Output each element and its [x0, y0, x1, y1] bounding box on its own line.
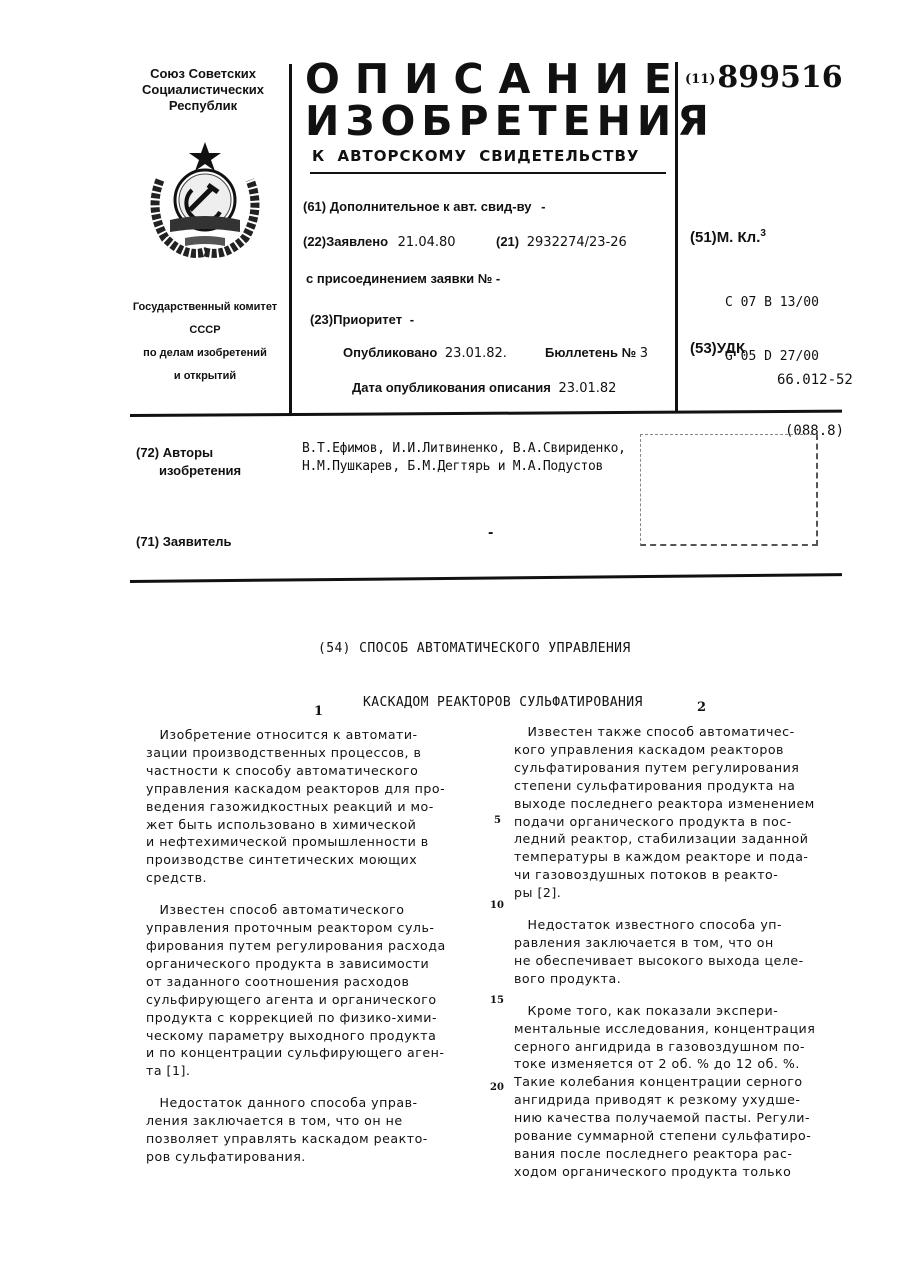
- text-line: Изобретение относится к автомати-: [146, 726, 446, 744]
- state-line: Республик: [128, 98, 278, 114]
- line-number: 10: [490, 900, 504, 911]
- authors-list: В.Т.Ефимов, И.И.Литвиненко, В.А.Свириден…: [302, 440, 626, 476]
- committee-line: Государственный комитет: [125, 296, 285, 319]
- text-line: и по концентрации сульфирующего аген-: [146, 1044, 446, 1062]
- text-line: серного ангидрида в газовоздушном по-: [514, 1038, 815, 1056]
- field-code: (22): [303, 234, 326, 249]
- text-line: управления каскадом реакторов для про-: [146, 780, 446, 798]
- text-line: кого управления каскадом реакторов: [514, 741, 815, 759]
- text-line: Кроме того, как показали экспери-: [514, 1002, 815, 1020]
- field-51: (51)М. Кл.3: [690, 228, 766, 246]
- field-label: Опубликовано: [343, 345, 437, 360]
- desc-date-value: 23.01.82: [559, 381, 617, 396]
- paragraph: Кроме того, как показали экспери-менталь…: [514, 1002, 815, 1181]
- text-line: Недостаток известного способа уп-: [514, 916, 815, 934]
- text-line: фирования путем регулирования расхода: [146, 937, 446, 955]
- field-23: (23)Приоритет -: [310, 312, 414, 327]
- field-61: (61) Дополнительное к авт. свид-ву -: [303, 199, 545, 214]
- published-date: 23.01.82.: [445, 346, 507, 361]
- field-21: (21) 2932274/23-26: [496, 234, 627, 250]
- title-line: СПОСОБ АВТОМАТИЧЕСКОГО УПРАВЛЕНИЯ: [359, 641, 630, 656]
- paragraph: Известен способ автоматическогоуправлени…: [146, 901, 446, 1080]
- authors-label: (72) Авторы изобретения: [136, 444, 241, 480]
- text-line: та [1].: [146, 1062, 446, 1080]
- doc-subtitle: К АВТОРСКОМУ СВИДЕТЕЛЬСТВУ: [312, 147, 639, 165]
- committee-line: по делам изобретений: [125, 342, 285, 365]
- bulletin: Бюллетень № 3: [545, 345, 648, 361]
- text-line: от заданного соотношения расходов: [146, 973, 446, 991]
- text-line: позволяет управлять каскадом реакто-: [146, 1130, 446, 1148]
- text-line: равления заключается в том, что он: [514, 934, 815, 952]
- paragraph: Изобретение относится к автомати-зации п…: [146, 726, 446, 887]
- line-number: 15: [490, 995, 504, 1006]
- text-line: температуры в каждом реакторе и пода-: [514, 848, 815, 866]
- text-line: Недостаток данного способа управ-: [146, 1094, 446, 1112]
- state-line: Союз Советских: [128, 66, 278, 82]
- state-line: Социалистических: [128, 82, 278, 98]
- library-stamp: [640, 434, 818, 546]
- field-value: -: [496, 271, 500, 286]
- field-53: (53)УДК: [690, 340, 745, 357]
- text-line: нию качества получаемой пасты. Регули-: [514, 1109, 815, 1127]
- committee-line: и открытий: [125, 365, 285, 388]
- doc-title-line2: ИЗОБРЕТЕНИЯ: [305, 100, 715, 142]
- field-code: (51): [690, 229, 717, 246]
- field-label: УДК: [717, 340, 745, 357]
- text-line: частности к способу автоматического: [146, 762, 446, 780]
- state-name: Союз Советских Социалистических Республи…: [128, 66, 278, 114]
- horizontal-divider: [130, 573, 842, 583]
- committee-line: СССР: [125, 319, 285, 342]
- applicant-value: -: [488, 526, 493, 541]
- field-code: (71): [136, 534, 159, 549]
- text-line: производстве синтетических моющих: [146, 851, 446, 869]
- text-line: ры [2].: [514, 884, 815, 902]
- text-line: чи газовоздушных потоков в реакто-: [514, 866, 815, 884]
- text-line: рование суммарной степени сульфатиро-: [514, 1127, 815, 1145]
- paragraph: Недостаток известного способа уп-равлени…: [514, 916, 815, 988]
- text-line: сульфирующего агента и органического: [146, 991, 446, 1009]
- authors-line: В.Т.Ефимов, И.И.Литвиненко, В.А.Свириден…: [302, 440, 626, 458]
- bulletin-number: 3: [640, 346, 648, 361]
- applicant-label: (71) Заявитель: [136, 534, 232, 549]
- text-line: не обеспечивает высокого выхода целе-: [514, 952, 815, 970]
- udk-line: 66.012-52: [777, 372, 853, 389]
- title-line: КАСКАДОМ РЕАКТОРОВ СУЛЬФАТИРОВАНИЯ: [363, 695, 643, 710]
- line-number: 5: [494, 815, 501, 826]
- text-line: управления проточным реактором суль-: [146, 919, 446, 937]
- field-label: Приоритет: [333, 312, 402, 327]
- subtitle-underline: [310, 172, 666, 174]
- field-attach: с присоединением заявки № -: [306, 271, 500, 286]
- text-line: ров сульфатирования.: [146, 1148, 446, 1166]
- invention-title: (54) СПОСОБ АВТОМАТИЧЕСКОГО УПРАВЛЕНИЯ К…: [318, 604, 643, 730]
- column-2-text: Известен также способ автоматичес-кого у…: [514, 723, 815, 1181]
- text-line: вания после последнего реактора рас-: [514, 1145, 815, 1163]
- text-line: жет быть использовано в химической: [146, 816, 446, 834]
- line-number: 20: [490, 1082, 504, 1093]
- doc-title-line1: ОПИСАНИЕ: [305, 58, 687, 100]
- text-line: ведения газожидкостных реакций и мо-: [146, 798, 446, 816]
- field-label: Заявитель: [163, 534, 232, 549]
- text-line: выходе последнего реактора изменением: [514, 795, 815, 813]
- text-line: зации производственных процессов, в: [146, 744, 446, 762]
- text-line: токе изменяется от 2 об. % до 12 об. %.: [514, 1055, 815, 1073]
- field-value: -: [541, 199, 545, 214]
- field-label: изобретения: [136, 462, 241, 480]
- paragraph: Недостаток данного способа управ-ления з…: [146, 1094, 446, 1166]
- text-line: ментальные исследования, концентрация: [514, 1020, 815, 1038]
- text-line: и нефтехимической промышленности в: [146, 833, 446, 851]
- committee-name: Государственный комитет СССР по делам из…: [125, 296, 285, 388]
- text-line: продукта с коррекцией по физико-хими-: [146, 1009, 446, 1027]
- text-line: Известен также способ автоматичес-: [514, 723, 815, 741]
- paragraph: Известен также способ автоматичес-кого у…: [514, 723, 815, 902]
- text-line: Известен способ автоматического: [146, 901, 446, 919]
- field-label: Бюллетень №: [545, 345, 636, 360]
- edition-sup: 3: [760, 228, 766, 239]
- field-code: (54): [318, 641, 351, 656]
- vertical-divider: [289, 64, 292, 414]
- field-code: (61): [303, 199, 326, 214]
- column-number: 2: [697, 700, 706, 715]
- text-line: ческому параметру выходного продукта: [146, 1027, 446, 1045]
- horizontal-divider: [130, 410, 842, 417]
- text-line: степени сульфатирования продукта на: [514, 777, 815, 795]
- text-line: ангидрида приводят к резкому ухудше-: [514, 1091, 815, 1109]
- ussr-emblem-icon: [140, 140, 270, 265]
- text-line: подачи органического продукта в пос-: [514, 813, 815, 831]
- filing-date: 21.04.80: [398, 235, 456, 250]
- text-line: вого продукта.: [514, 970, 815, 988]
- field-label: Дата опубликования описания: [352, 380, 551, 395]
- column-1-text: Изобретение относится к автомати-зации п…: [146, 726, 446, 1166]
- field-value: -: [410, 312, 414, 327]
- text-line: сульфатирования путем регулирования: [514, 759, 815, 777]
- field-label: Авторы: [163, 445, 213, 460]
- text-line: органического продукта в зависимости: [146, 955, 446, 973]
- patent-number-value: 899516: [717, 60, 842, 95]
- field-label: с присоединением заявки №: [306, 271, 492, 286]
- field-code: (72): [136, 445, 159, 460]
- desc-date: Дата опубликования описания 23.01.82: [352, 380, 616, 396]
- field-label: Дополнительное к авт. свид-ву: [330, 199, 532, 214]
- text-line: ходом органического продукта только: [514, 1163, 815, 1181]
- field-code: (21): [496, 234, 519, 249]
- ipc-class: C 07 B 13/00: [725, 294, 819, 312]
- text-line: ления заключается в том, что он не: [146, 1112, 446, 1130]
- authors-line: Н.М.Пушкарев, Б.М.Дегтярь и М.А.Подустов: [302, 458, 626, 476]
- field-code: (11): [685, 72, 715, 87]
- field-22: (22)Заявлено 21.04.80: [303, 234, 456, 250]
- application-number: 2932274/23-26: [527, 235, 627, 250]
- field-label: Заявлено: [326, 234, 388, 249]
- text-line: средств.: [146, 869, 446, 887]
- published: Опубликовано 23.01.82.: [343, 345, 507, 361]
- text-line: ледний реактор, стабилизации заданной: [514, 830, 815, 848]
- field-code: (23): [310, 312, 333, 327]
- field-code: (53): [690, 340, 717, 357]
- column-number: 1: [314, 704, 323, 719]
- field-label: М. Кл.: [717, 229, 761, 246]
- patent-number: (11)899516: [685, 60, 843, 95]
- text-line: Такие колебания концентрации серного: [514, 1073, 815, 1091]
